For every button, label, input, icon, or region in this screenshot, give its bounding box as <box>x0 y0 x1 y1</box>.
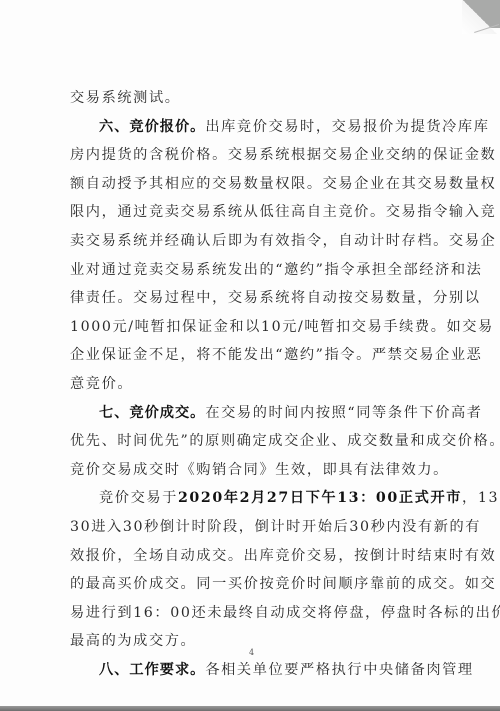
text-line: 业对通过竞卖交易系统发出的“邀约”指令承担全部经济和法 <box>70 256 436 285</box>
body-text: 交易系统测试。 六、竞价报价。出库竞价交易时，交易报价为提货冷库库 房内提货的含… <box>70 84 436 684</box>
text-line: 效报价，全场自动成交。出库竞价交易，按倒计时结束时有效 <box>70 542 436 571</box>
text-fragment: ，13： <box>462 490 500 506</box>
text-fragment: 竞价交易于 <box>99 490 178 506</box>
text-line: 竞价交易成交时《购销合同》生效，即具有法律效力。 <box>70 456 436 485</box>
text-line: 意竞价。 <box>70 370 436 399</box>
page-number: 4 <box>249 648 254 657</box>
text-line: 易进行到16：00还未最终自动成交将停盘，停盘时各标的出价 <box>70 599 436 628</box>
text-line: 限内，通过竞卖交易系统从低往高自主竞价。交易指令输入竞 <box>70 198 436 227</box>
text-line: 优先、时间优先”的原则确定成交企业、成交数量和成交价格。 <box>70 427 436 456</box>
text-line: 企业保证金不足，将不能发出“邀约”指令。严禁交易企业恶 <box>70 341 436 370</box>
text-line: 额自动授予其相应的交易数量权限。交易企业在其交易数量权 <box>70 170 436 199</box>
text-line: 的最高买价成交。同一买价按竞价时间顺序靠前的成交。如交 <box>70 570 436 599</box>
section-six-line: 六、竞价报价。出库竞价交易时，交易报价为提货冷库库 <box>70 113 436 142</box>
section-eight-line: 八、工作要求。各相关单位要严格执行中央储备肉管理 <box>70 656 436 685</box>
section-heading-seven: 七、竞价成交。 <box>99 405 205 421</box>
text-fragment: 出库竞价交易时，交易报价为提货冷库库 <box>205 119 489 135</box>
text-fragment: 在交易的时间内按照“同等条件下价高者 <box>205 405 482 421</box>
text-line: 交易系统测试。 <box>70 84 436 113</box>
section-heading-six: 六、竞价报价。 <box>99 119 205 135</box>
text-line: 房内提货的含税价格。交易系统根据交易企业交纳的保证金数 <box>70 141 436 170</box>
auction-start-line: 竞价交易于2020年2月27日下午13：00正式开市，13： <box>70 484 436 513</box>
section-seven-line: 七、竞价成交。在交易的时间内按照“同等条件下价高者 <box>70 399 436 428</box>
document-page: 交易系统测试。 六、竞价报价。出库竞价交易时，交易报价为提货冷库库 房内提货的含… <box>0 0 500 706</box>
text-line: 30进入30秒倒计时阶段，倒计时开始后30秒内没有新的有 <box>70 513 436 542</box>
page-bottom-edge <box>0 706 500 711</box>
text-line: 1000元/吨暂扣保证金和以10元/吨暂扣交易手续费。如交易 <box>70 313 436 342</box>
text-line: 卖交易系统并经确认后即为有效指令，自动计时存档。交易企 <box>70 227 436 256</box>
text-line: 律责任。交易过程中，交易系统将自动按交易数量，分别以 <box>70 284 436 313</box>
auction-start-time: 2020年2月27日下午13：00正式开市 <box>178 490 462 506</box>
section-heading-eight: 八、工作要求。 <box>99 662 205 678</box>
text-fragment: 各相关单位要严格执行中央储备肉管理 <box>205 662 473 678</box>
